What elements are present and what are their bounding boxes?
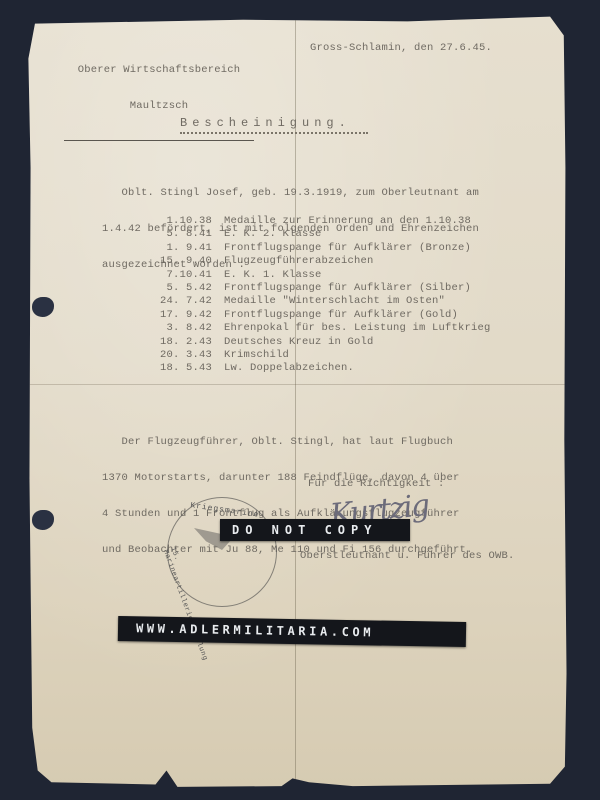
award-row: 3. 8.42Ehrenpokal für bes. Leistung im L… [148, 322, 491, 335]
award-date: 5. 5.42 [148, 282, 224, 295]
award-date: 17. 9.42 [148, 309, 224, 322]
horizontal-fold-line [24, 384, 572, 385]
award-name: Krimschild [224, 349, 289, 362]
award-date: 24. 7.42 [148, 295, 224, 308]
award-row: 1. 9.41Frontflugspange für Aufklärer (Br… [148, 242, 491, 255]
award-date: 1.10.38 [148, 215, 224, 228]
award-date: 20. 3.43 [148, 349, 224, 362]
issuer-underline [64, 139, 254, 141]
punch-hole-bottom [32, 510, 54, 530]
punch-hole-top [32, 297, 54, 317]
award-name: E. K. 2. Klasse [224, 228, 322, 241]
issuer-line-1: Oberer Wirtschaftsbereich [64, 64, 254, 76]
award-name: Ehrenpokal für bes. Leistung im Luftkrie… [224, 322, 491, 335]
award-date: 15. 9.40 [148, 255, 224, 268]
title-underline [180, 132, 368, 134]
award-name: E. K. 1. Klasse [224, 269, 322, 282]
award-row: 5. 8.41E. K. 2. Klasse [148, 228, 491, 241]
award-name: Medaille "Winterschlacht im Osten" [224, 295, 445, 308]
place-date: Gross-Schlamin, den 27.6.45. [310, 42, 492, 54]
award-row: 24. 7.42Medaille "Winterschlacht im Oste… [148, 295, 491, 308]
award-name: Frontflugspange für Aufklärer (Bronze) [224, 242, 471, 255]
watermark-tape-do-not-copy: DO NOT COPY [220, 519, 410, 541]
award-date: 18. 5.43 [148, 362, 224, 375]
issuer-line-2: Maultzsch [64, 100, 254, 112]
issuer-header: Oberer Wirtschaftsbereich Maultzsch [64, 40, 254, 153]
award-row: 18. 2.43Deutsches Kreuz in Gold [148, 336, 491, 349]
award-name: Deutsches Kreuz in Gold [224, 336, 374, 349]
awards-list: 1.10.38Medaille zur Erinnerung an den 1.… [148, 215, 491, 376]
award-date: 1. 9.41 [148, 242, 224, 255]
intro-line: Oblt. Stingl Josef, geb. 19.3.1919, zum … [102, 187, 479, 199]
award-row: 15. 9.40Flugzeugführerabzeichen [148, 255, 491, 268]
stamp-top-text: Kriegsmarine [190, 501, 260, 520]
award-row: 1.10.38Medaille zur Erinnerung an den 1.… [148, 215, 491, 228]
award-name: Lw. Doppelabzeichen. [224, 362, 354, 375]
award-row: 18. 5.43Lw. Doppelabzeichen. [148, 362, 491, 375]
award-name: Frontflugspange für Aufklärer (Silber) [224, 282, 471, 295]
award-row: 20. 3.43Krimschild [148, 349, 491, 362]
document-title: Bescheinigung. [180, 116, 351, 130]
official-stamp: Kriegsmarine 15. Marineartillerieabteilu… [167, 497, 277, 607]
award-name: Flugzeugführerabzeichen [224, 255, 374, 268]
award-date: 7.10.41 [148, 269, 224, 282]
award-date: 3. 8.42 [148, 322, 224, 335]
award-row: 7.10.41E. K. 1. Klasse [148, 269, 491, 282]
award-date: 5. 8.41 [148, 228, 224, 241]
award-date: 18. 2.43 [148, 336, 224, 349]
award-row: 5. 5.42Frontflugspange für Aufklärer (Si… [148, 282, 491, 295]
closing-line: Der Flugzeugführer, Oblt. Stingl, hat la… [102, 436, 473, 448]
signer-rank: Oberstleutnant u. Führer des OWB. [300, 550, 515, 562]
award-name: Frontflugspange für Aufklärer (Gold) [224, 309, 458, 322]
award-row: 17. 9.42Frontflugspange für Aufklärer (G… [148, 309, 491, 322]
award-name: Medaille zur Erinnerung an den 1.10.38 [224, 215, 471, 228]
